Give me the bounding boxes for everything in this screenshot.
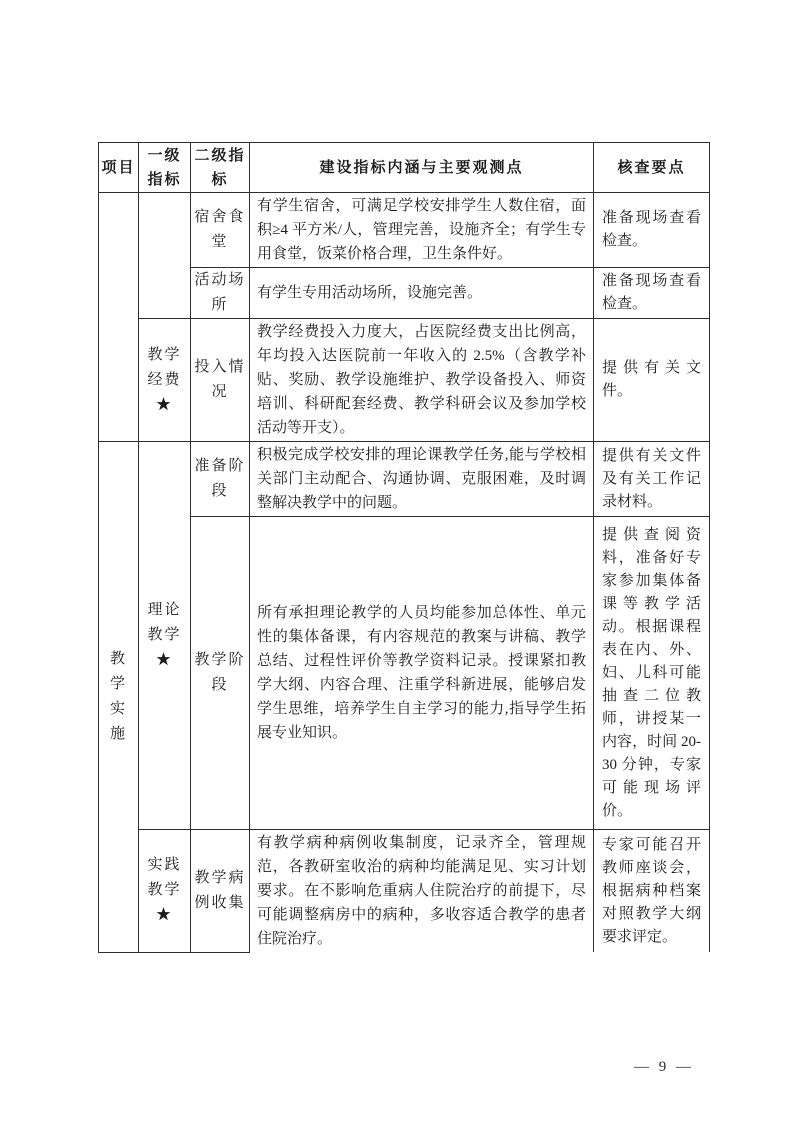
cell-level2-activity: 活动场所 — [191, 268, 250, 319]
table-row: 教学阶段 所有承担理论教学的人员均能参加总体性、单元性的集体备课，有内容规范的教… — [99, 517, 710, 830]
cell-project-empty — [99, 193, 139, 442]
indicator-table: 项目 一级指标 二级指标 建设指标内涵与主要观测点 核查要点 宿舍食堂 有学生宿… — [98, 142, 710, 953]
cell-content-dorm: 有学生宿舍，可满足学校安排学生人数住宿，面积≥4 平方米/人，管理完善，设施齐全… — [250, 193, 594, 268]
cell-check-activity: 准备现场查看检查。 — [594, 268, 710, 319]
cell-level1-funding: 教学经费★ — [139, 319, 191, 442]
header-level1: 一级指标 — [139, 143, 191, 193]
header-content: 建设指标内涵与主要观测点 — [250, 143, 594, 193]
cell-check-funding: 提供有关文件。 — [594, 319, 710, 442]
table-header-row: 项目 一级指标 二级指标 建设指标内涵与主要观测点 核查要点 — [99, 143, 710, 193]
cell-content-teaching: 所有承担理论教学的人员均能参加总体性、单元性的集体备课，有内容规范的教案与讲稿、… — [250, 517, 594, 830]
cell-level1-practice-teaching: 实践教学★ — [139, 830, 191, 953]
cell-check-teaching: 提供查阅资料，准备好专家参加集体备课等教学活动。根据课程表在内、外、妇、儿科可能… — [594, 517, 710, 830]
header-project: 项目 — [99, 143, 139, 193]
cell-level1-theory-teaching: 理论教学★ — [139, 442, 191, 830]
cell-level2-prep: 准备阶段 — [191, 442, 250, 517]
table-row: 教学经费★ 投入情况 教学经费投入力度大，占医院经费支出比例高，年均投入达医院前… — [99, 319, 710, 442]
table-row: 活动场所 有学生专用活动场所，设施完善。 准备现场查看检查。 — [99, 268, 710, 319]
table-row: 教学实施 理论教学★ 准备阶段 积极完成学校安排的理论课教学任务,能与学校相关部… — [99, 442, 710, 517]
cell-content-practice: 有教学病种病例收集制度，记录齐全，管理规范，各教研室收治的病种均能满足见、实习计… — [250, 830, 594, 953]
cell-content-activity: 有学生专用活动场所，设施完善。 — [250, 268, 594, 319]
cell-check-practice: 专家可能召开教师座谈会，根据病种档案对照教学大纲要求评定。 — [594, 830, 710, 953]
cell-level2-funding: 投入情况 — [191, 319, 250, 442]
page-number: — 9 — — [634, 1059, 694, 1076]
table-row: 实践教学★ 教学病例收集 有教学病种病例收集制度，记录齐全，管理规范，各教研室收… — [99, 830, 710, 953]
cell-level2-teaching: 教学阶段 — [191, 517, 250, 830]
cell-level2-dorm: 宿舍食堂 — [191, 193, 250, 268]
cell-project-teaching-implementation: 教学实施 — [99, 442, 139, 953]
cell-check-dorm: 准备现场查看检查。 — [594, 193, 710, 268]
header-check: 核查要点 — [594, 143, 710, 193]
header-level2: 二级指标 — [191, 143, 250, 193]
cell-content-prep: 积极完成学校安排的理论课教学任务,能与学校相关部门主动配合、沟通协调、克服困难，… — [250, 442, 594, 517]
cell-level2-case-collection: 教学病例收集 — [191, 830, 250, 953]
cell-content-funding: 教学经费投入力度大，占医院经费支出比例高，年均投入达医院前一年收入的 2.5%（… — [250, 319, 594, 442]
cell-level1-empty — [139, 193, 191, 319]
document-page: { "page_number": "— 9 —", "table": { "he… — [0, 0, 794, 1123]
cell-check-prep: 提供有关文件及有关工作记录材料。 — [594, 442, 710, 517]
table-row: 宿舍食堂 有学生宿舍，可满足学校安排学生人数住宿，面积≥4 平方米/人，管理完善… — [99, 193, 710, 268]
